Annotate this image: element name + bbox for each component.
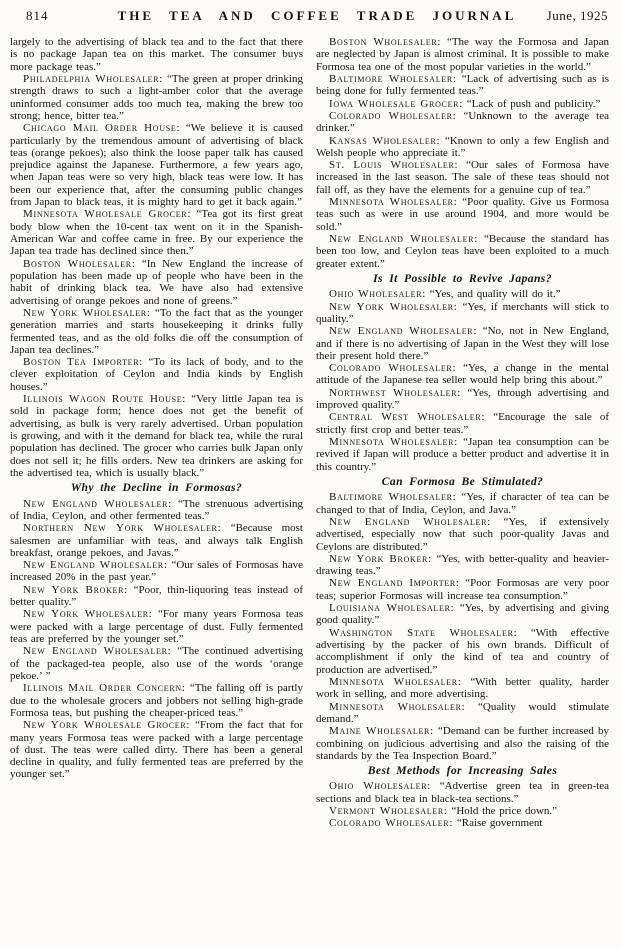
speaker-label: Northwest Wholesaler:: [329, 387, 461, 399]
quote-paragraph: Minnesota Wholesaler: “Quality would sti…: [316, 701, 609, 726]
quote-paragraph: Illinois Mail Order Concern: “The fallin…: [10, 682, 303, 719]
speaker-label: New England Importer:: [329, 577, 460, 589]
speaker-label: Vermont Wholesaler:: [329, 805, 448, 817]
quote-paragraph: Washington State Wholesaler: “With effec…: [316, 627, 609, 676]
speaker-label: Baltimore Wholesaler:: [329, 491, 456, 503]
running-head: 814 THE TEA AND COFFEE TRADE JOURNAL Jun…: [10, 8, 612, 24]
speaker-label: New York Wholesaler:: [329, 301, 458, 313]
quote-paragraph: Colorado Wholesaler: “Yes, a change in t…: [316, 362, 609, 387]
speaker-label: Louisiana Wholesaler:: [329, 602, 454, 614]
quote-paragraph: Ohio Wholesaler: “Advertise green tea in…: [316, 780, 609, 805]
magazine-page: 814 THE TEA AND COFFEE TRADE JOURNAL Jun…: [0, 0, 622, 950]
quote-paragraph: New York Wholesaler: “To the fact that a…: [10, 307, 303, 356]
text-columns: largely to the advertising of black tea …: [10, 36, 612, 830]
speaker-label: New York Wholesaler:: [23, 608, 153, 620]
speaker-label: Illinois Wagon Route House:: [23, 393, 186, 405]
speaker-label: New England Wholesaler:: [329, 516, 491, 528]
quote-paragraph: Maine Wholesaler: “Demand can be further…: [316, 725, 609, 762]
speaker-label: Minnesota Wholesaler:: [329, 701, 465, 713]
speaker-label: Minnesota Wholesaler:: [329, 676, 462, 688]
quote-paragraph: Boston Tea Importer: “To its lack of bod…: [10, 356, 303, 393]
speaker-label: New England Wholesaler:: [329, 325, 477, 337]
quote-paragraph: Kansas Wholesaler: “Known to only a few …: [316, 135, 609, 160]
quote-paragraph: Boston Wholesaler: “In New England the i…: [10, 258, 303, 307]
quote-paragraph: New York Wholesaler: “Yes, if merchants …: [316, 301, 609, 326]
speaker-label: Washington State Wholesaler:: [329, 627, 517, 639]
speaker-label: Minnesota Wholesale Grocer:: [23, 208, 191, 220]
speaker-label: New England Wholesaler:: [23, 645, 171, 657]
right-column: Boston Wholesaler: “The way the Formosa …: [316, 36, 609, 830]
quote-paragraph: Chicago Mail Order House: “We believe it…: [10, 122, 303, 208]
speaker-label: Colorado Wholesaler:: [329, 817, 453, 829]
page-number: 814: [26, 8, 116, 24]
quote-paragraph: Northwest Wholesaler: “Yes, through adve…: [316, 387, 609, 412]
quote-paragraph: St. Louis Wholesaler: “Our sales of Form…: [316, 159, 609, 196]
quote-paragraph: New England Importer: “Poor Formosas are…: [316, 577, 609, 602]
quote-paragraph: Minnesota Wholesaler: “Japan tea consump…: [316, 436, 609, 473]
speaker-label: Kansas Wholesaler:: [329, 135, 440, 147]
quote-paragraph: Colorado Wholesaler: “Raise government: [316, 817, 609, 829]
quote-paragraph: Iowa Wholesale Grocer: “Lack of push and…: [316, 98, 609, 110]
quote-paragraph: Vermont Wholesaler: “Hold the price down…: [316, 805, 609, 817]
quote-paragraph: Ohio Wholesaler: “Yes, and quality will …: [316, 288, 609, 300]
quote-paragraph: New England Wholesaler: “Yes, if extensi…: [316, 516, 609, 553]
speaker-label: Ohio Wholesaler:: [329, 288, 426, 300]
speaker-label: New England Wholesaler:: [23, 559, 168, 571]
quote-paragraph: New York Broker: “Poor, thin-liquoring t…: [10, 584, 303, 609]
speaker-label: New York Broker:: [329, 553, 432, 565]
speaker-label: St. Louis Wholesaler:: [329, 159, 458, 171]
section-heading: Best Methods for Increasing Sales: [316, 765, 609, 777]
speaker-label: New York Wholesaler:: [23, 307, 151, 319]
section-heading: Why the Decline in Formosas?: [10, 482, 303, 494]
speaker-label: Central West Wholesaler:: [329, 411, 485, 423]
quote-paragraph: Minnesota Wholesaler: “With better quali…: [316, 676, 609, 701]
speaker-label: Baltimore Wholesaler:: [329, 73, 457, 85]
quote-paragraph: New York Wholesaler: “For many years For…: [10, 608, 303, 645]
speaker-label: Colorado Wholesaler:: [329, 110, 456, 122]
speaker-label: New York Broker:: [23, 584, 128, 596]
quote-paragraph: New England Wholesaler: “The strenuous a…: [10, 498, 303, 523]
speaker-label: Chicago Mail Order House:: [23, 122, 180, 134]
issue-date: June, 1925: [518, 8, 608, 24]
quote-paragraph: Philadelphia Wholesaler: “The green at p…: [10, 73, 303, 122]
quote-paragraph: Colorado Wholesaler: “Unknown to the ave…: [316, 110, 609, 135]
quote-paragraph: Illinois Wagon Route House: “Very little…: [10, 393, 303, 479]
left-column: largely to the advertising of black tea …: [10, 36, 303, 830]
quote-paragraph: Minnesota Wholesaler: “Poor quality. Giv…: [316, 196, 609, 233]
speaker-label: Ohio Wholesaler:: [329, 780, 431, 792]
speaker-label: Boston Tea Importer:: [23, 356, 143, 368]
quote-paragraph: New England Wholesaler: “Because the sta…: [316, 233, 609, 270]
quote-paragraph: New York Wholesale Grocer: “From the fac…: [10, 719, 303, 781]
speaker-label: New England Wholesaler:: [329, 233, 478, 245]
quote-paragraph: New England Wholesaler: “The continued a…: [10, 645, 303, 682]
journal-title: THE TEA AND COFFEE TRADE JOURNAL: [116, 8, 518, 24]
speaker-label: New York Wholesale Grocer:: [23, 719, 190, 731]
quote-paragraph: Boston Wholesaler: “The way the Formosa …: [316, 36, 609, 73]
speaker-label: Boston Wholesaler:: [329, 36, 441, 48]
speaker-label: Boston Wholesaler:: [23, 258, 136, 270]
quote-paragraph: Central West Wholesaler: “Encourage the …: [316, 411, 609, 436]
quote-paragraph: New England Wholesaler: “Our sales of Fo…: [10, 559, 303, 584]
speaker-label: Minnesota Wholesaler:: [329, 436, 458, 448]
speaker-label: Northern New York Wholesaler:: [23, 522, 221, 534]
speaker-label: Minnesota Wholesaler:: [329, 196, 457, 208]
speaker-label: Colorado Wholesaler:: [329, 362, 456, 374]
section-heading: Is It Possible to Revive Japans?: [316, 273, 609, 285]
quote-paragraph: Northern New York Wholesaler: “Because m…: [10, 522, 303, 559]
quote-paragraph: New York Broker: “Yes, with better-quali…: [316, 553, 609, 578]
quote-paragraph: Minnesota Wholesale Grocer: “Tea got its…: [10, 208, 303, 257]
quote-paragraph: New England Wholesaler: “No, not in New …: [316, 325, 609, 362]
speaker-label: New England Wholesaler:: [23, 498, 172, 510]
quote-paragraph: Baltimore Wholesaler: “Yes, if character…: [316, 491, 609, 516]
speaker-label: Philadelphia Wholesaler:: [23, 73, 163, 85]
section-heading: Can Formosa Be Stimulated?: [316, 476, 609, 488]
quote-paragraph: Louisiana Wholesaler: “Yes, by advertisi…: [316, 602, 609, 627]
speaker-label: Illinois Mail Order Concern:: [23, 682, 186, 694]
quote-paragraph: Baltimore Wholesaler: “Lack of advertisi…: [316, 73, 609, 98]
continuation-paragraph: largely to the advertising of black tea …: [10, 36, 303, 73]
speaker-label: Iowa Wholesale Grocer:: [329, 98, 463, 110]
speaker-label: Maine Wholesaler:: [329, 725, 434, 737]
